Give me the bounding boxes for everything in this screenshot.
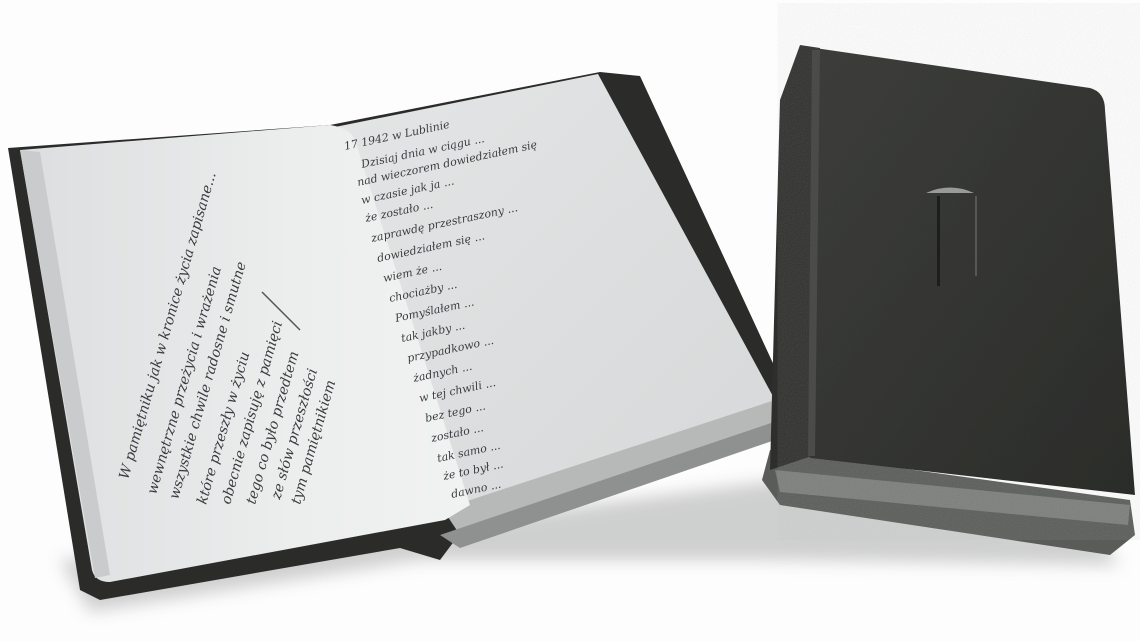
closed-book	[762, 45, 1135, 555]
closed-book-cover	[810, 48, 1135, 495]
photo-scene: W pamiętniku jak w kronice życia zapisan…	[0, 0, 1140, 641]
books-photo: W pamiętniku jak w kronice życia zapisan…	[0, 0, 1140, 641]
